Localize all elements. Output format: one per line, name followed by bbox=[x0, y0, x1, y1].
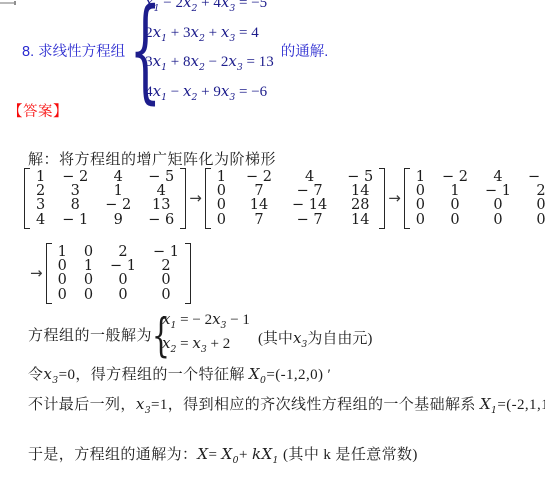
equation-1: x1 − 2x2 + 4x3 = −5 bbox=[145, 0, 274, 21]
problem-statement: 8. 求线性方程组 { x1 − 2x2 + 4x3 = −5 2x1 + 3x… bbox=[22, 2, 328, 98]
right-bracket bbox=[185, 243, 191, 304]
free-variable-note: (其中x3为自由元) bbox=[258, 327, 372, 350]
table-border-fragment bbox=[0, 2, 15, 4]
general-solution-line: 于是，方程组的通解为：X= X0+ kX1 (其中 k 是任意常数) bbox=[28, 443, 418, 466]
augmented-matrix-2: 1− 24− 507− 714014− 142807− 714 bbox=[205, 168, 385, 229]
row-reduce-arrow-icon: → bbox=[27, 264, 46, 282]
row-reduce-arrow-icon: → bbox=[385, 189, 404, 207]
case-equation-2: x2 = x3 + 2 bbox=[162, 335, 250, 359]
augmented-matrix-3: 1− 24− 501− 1200000000 bbox=[404, 168, 545, 229]
general-solution-block: 方程组的一般解为 { x1 = − 2x3 − 1 x2 = x3 + 2 (其… bbox=[28, 311, 372, 358]
equation-system: x1 − 2x2 + 4x3 = −5 2x1 + 3x2 + x3 = 4 3… bbox=[145, 0, 274, 109]
equation-2: 2x1 + 3x2 + x3 = 4 bbox=[145, 21, 274, 51]
particular-solution-line: 令x3=0，得方程组的一个特征解 X0=(-1,2,0) ′ bbox=[28, 363, 331, 386]
answer-label: 【答案】 bbox=[8, 100, 68, 121]
matrix-row-1: 1− 24− 5231438− 2134− 19− 6 → 1− 24− 507… bbox=[24, 168, 545, 229]
row-reduce-arrow-icon: → bbox=[186, 189, 205, 207]
matrix-grid-2: 1− 24− 507− 714014− 142807− 714 bbox=[211, 168, 379, 229]
table-border-fragment-tick bbox=[14, 1, 16, 5]
matrix-row-2: → 102− 101− 1200000000 bbox=[27, 243, 191, 304]
basis-solution-line: 不计最后一列，x3=1，得到相应的齐次线性方程组的一个基础解系 X1=(-2,1… bbox=[28, 393, 545, 416]
matrix-grid-1: 1− 24− 5231438− 2134− 19− 6 bbox=[30, 168, 180, 229]
matrix-grid-3: 1− 24− 501− 1200000000 bbox=[410, 168, 545, 229]
solution-intro: 解：将方程组的增广矩阵化为阶梯形 bbox=[28, 148, 276, 169]
equation-3: 3x1 + 8x2 − 2x3 = 13 bbox=[145, 50, 274, 80]
problem-suffix: 的通解. bbox=[281, 40, 329, 61]
cases-equations: x1 = − 2x3 − 1 x2 = x3 + 2 bbox=[162, 311, 250, 358]
matrix-grid-4: 102− 101− 1200000000 bbox=[52, 243, 185, 304]
document-page: 8. 求线性方程组 { x1 − 2x2 + 4x3 = −5 2x1 + 3x… bbox=[0, 0, 545, 477]
augmented-matrix-4: 102− 101− 1200000000 bbox=[46, 243, 191, 304]
problem-prefix: 8. 求线性方程组 bbox=[22, 40, 125, 61]
cases-brace: { bbox=[152, 316, 161, 354]
general-solution-lead: 方程组的一般解为 bbox=[28, 324, 152, 345]
case-equation-1: x1 = − 2x3 − 1 bbox=[162, 311, 250, 335]
system-brace: { bbox=[129, 2, 143, 98]
augmented-matrix-1: 1− 24− 5231438− 2134− 19− 6 bbox=[24, 168, 186, 229]
equation-4: 4x1 − x2 + 9x3 = −6 bbox=[145, 80, 274, 110]
